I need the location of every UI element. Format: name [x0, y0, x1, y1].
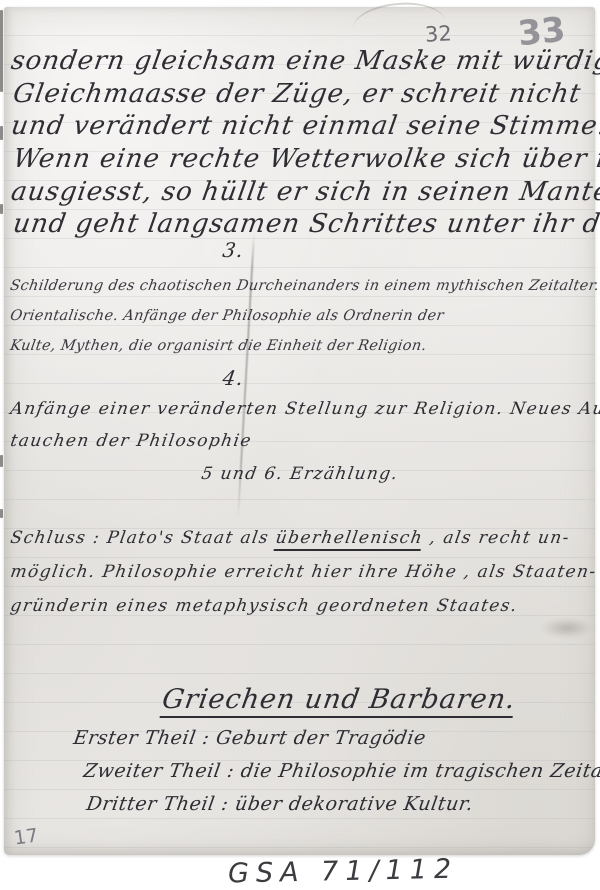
scan-edge-mark: [0, 204, 3, 214]
plan-title: Griechen und Barbaren.: [160, 684, 518, 715]
scan-edge-mark: [0, 126, 3, 140]
plan-part: Erster Theil : Geburt der Tragödie: [72, 727, 428, 749]
section-4-line: tauchen der Philosophie: [9, 431, 253, 451]
section-3-line: Orientalische. Anfänge der Philosophie a…: [9, 308, 445, 324]
section-3-line: Kulte, Mythen, die organisirt die Einhei…: [9, 338, 428, 354]
conclusion-text: , als recht un-: [421, 528, 571, 548]
underlined-word: überhellenisch: [274, 528, 425, 551]
intro-line: Gleichmaasse der Züge, er schreit nicht: [11, 79, 583, 109]
conclusion-text: Schluss : Plato's Staat als: [9, 528, 277, 548]
intro-line: Wenn eine rechte Wetterwolke sich über i…: [11, 144, 600, 174]
folio-number: 17: [13, 824, 40, 849]
plan-part: Zweiter Theil : die Philosophie im tragi…: [82, 760, 600, 782]
scan-edge-mark: [0, 10, 3, 92]
ink-smudge: [541, 618, 593, 638]
conclusion-line: möglich. Philosophie erreicht hier ihre …: [9, 562, 598, 582]
scan-edge-mark: [0, 509, 3, 518]
intro-line: sondern gleichsam eine Maske mit würdige…: [9, 46, 600, 76]
page-number-32: 32: [424, 21, 452, 46]
intro-line: ausgiesst, so hüllt er sich in seinen Ma…: [9, 177, 600, 207]
section-4-heading: 4.: [221, 366, 246, 390]
conclusion-line: gründerin eines metaphysisch geordneten …: [9, 596, 519, 616]
section-3-heading: 3.: [221, 238, 246, 262]
archive-signature: GSA 71/112: [228, 854, 459, 890]
plan-part: Dritter Theil : über dekorative Kultur.: [85, 793, 475, 815]
section-3-line: Schilderung des chaotischen Durcheinande…: [9, 278, 600, 294]
scan-edge-mark: [0, 455, 3, 467]
intro-line: und geht langsamen Schrittes unter ihr d…: [11, 209, 600, 239]
intro-line: und verändert nicht einmal seine Stimme.: [9, 111, 600, 141]
section-5-heading: 5 und 6. Erzählung.: [200, 464, 400, 484]
plan-title-text: Griechen und Barbaren.: [160, 684, 519, 718]
manuscript-scan: { "page": { "paper_color": "#ebe9e6", "i…: [0, 0, 600, 890]
conclusion-line: Schluss : Plato's Staat als überhellenis…: [9, 528, 571, 548]
section-4-line: Anfänge einer veränderten Stellung zur R…: [9, 399, 600, 419]
